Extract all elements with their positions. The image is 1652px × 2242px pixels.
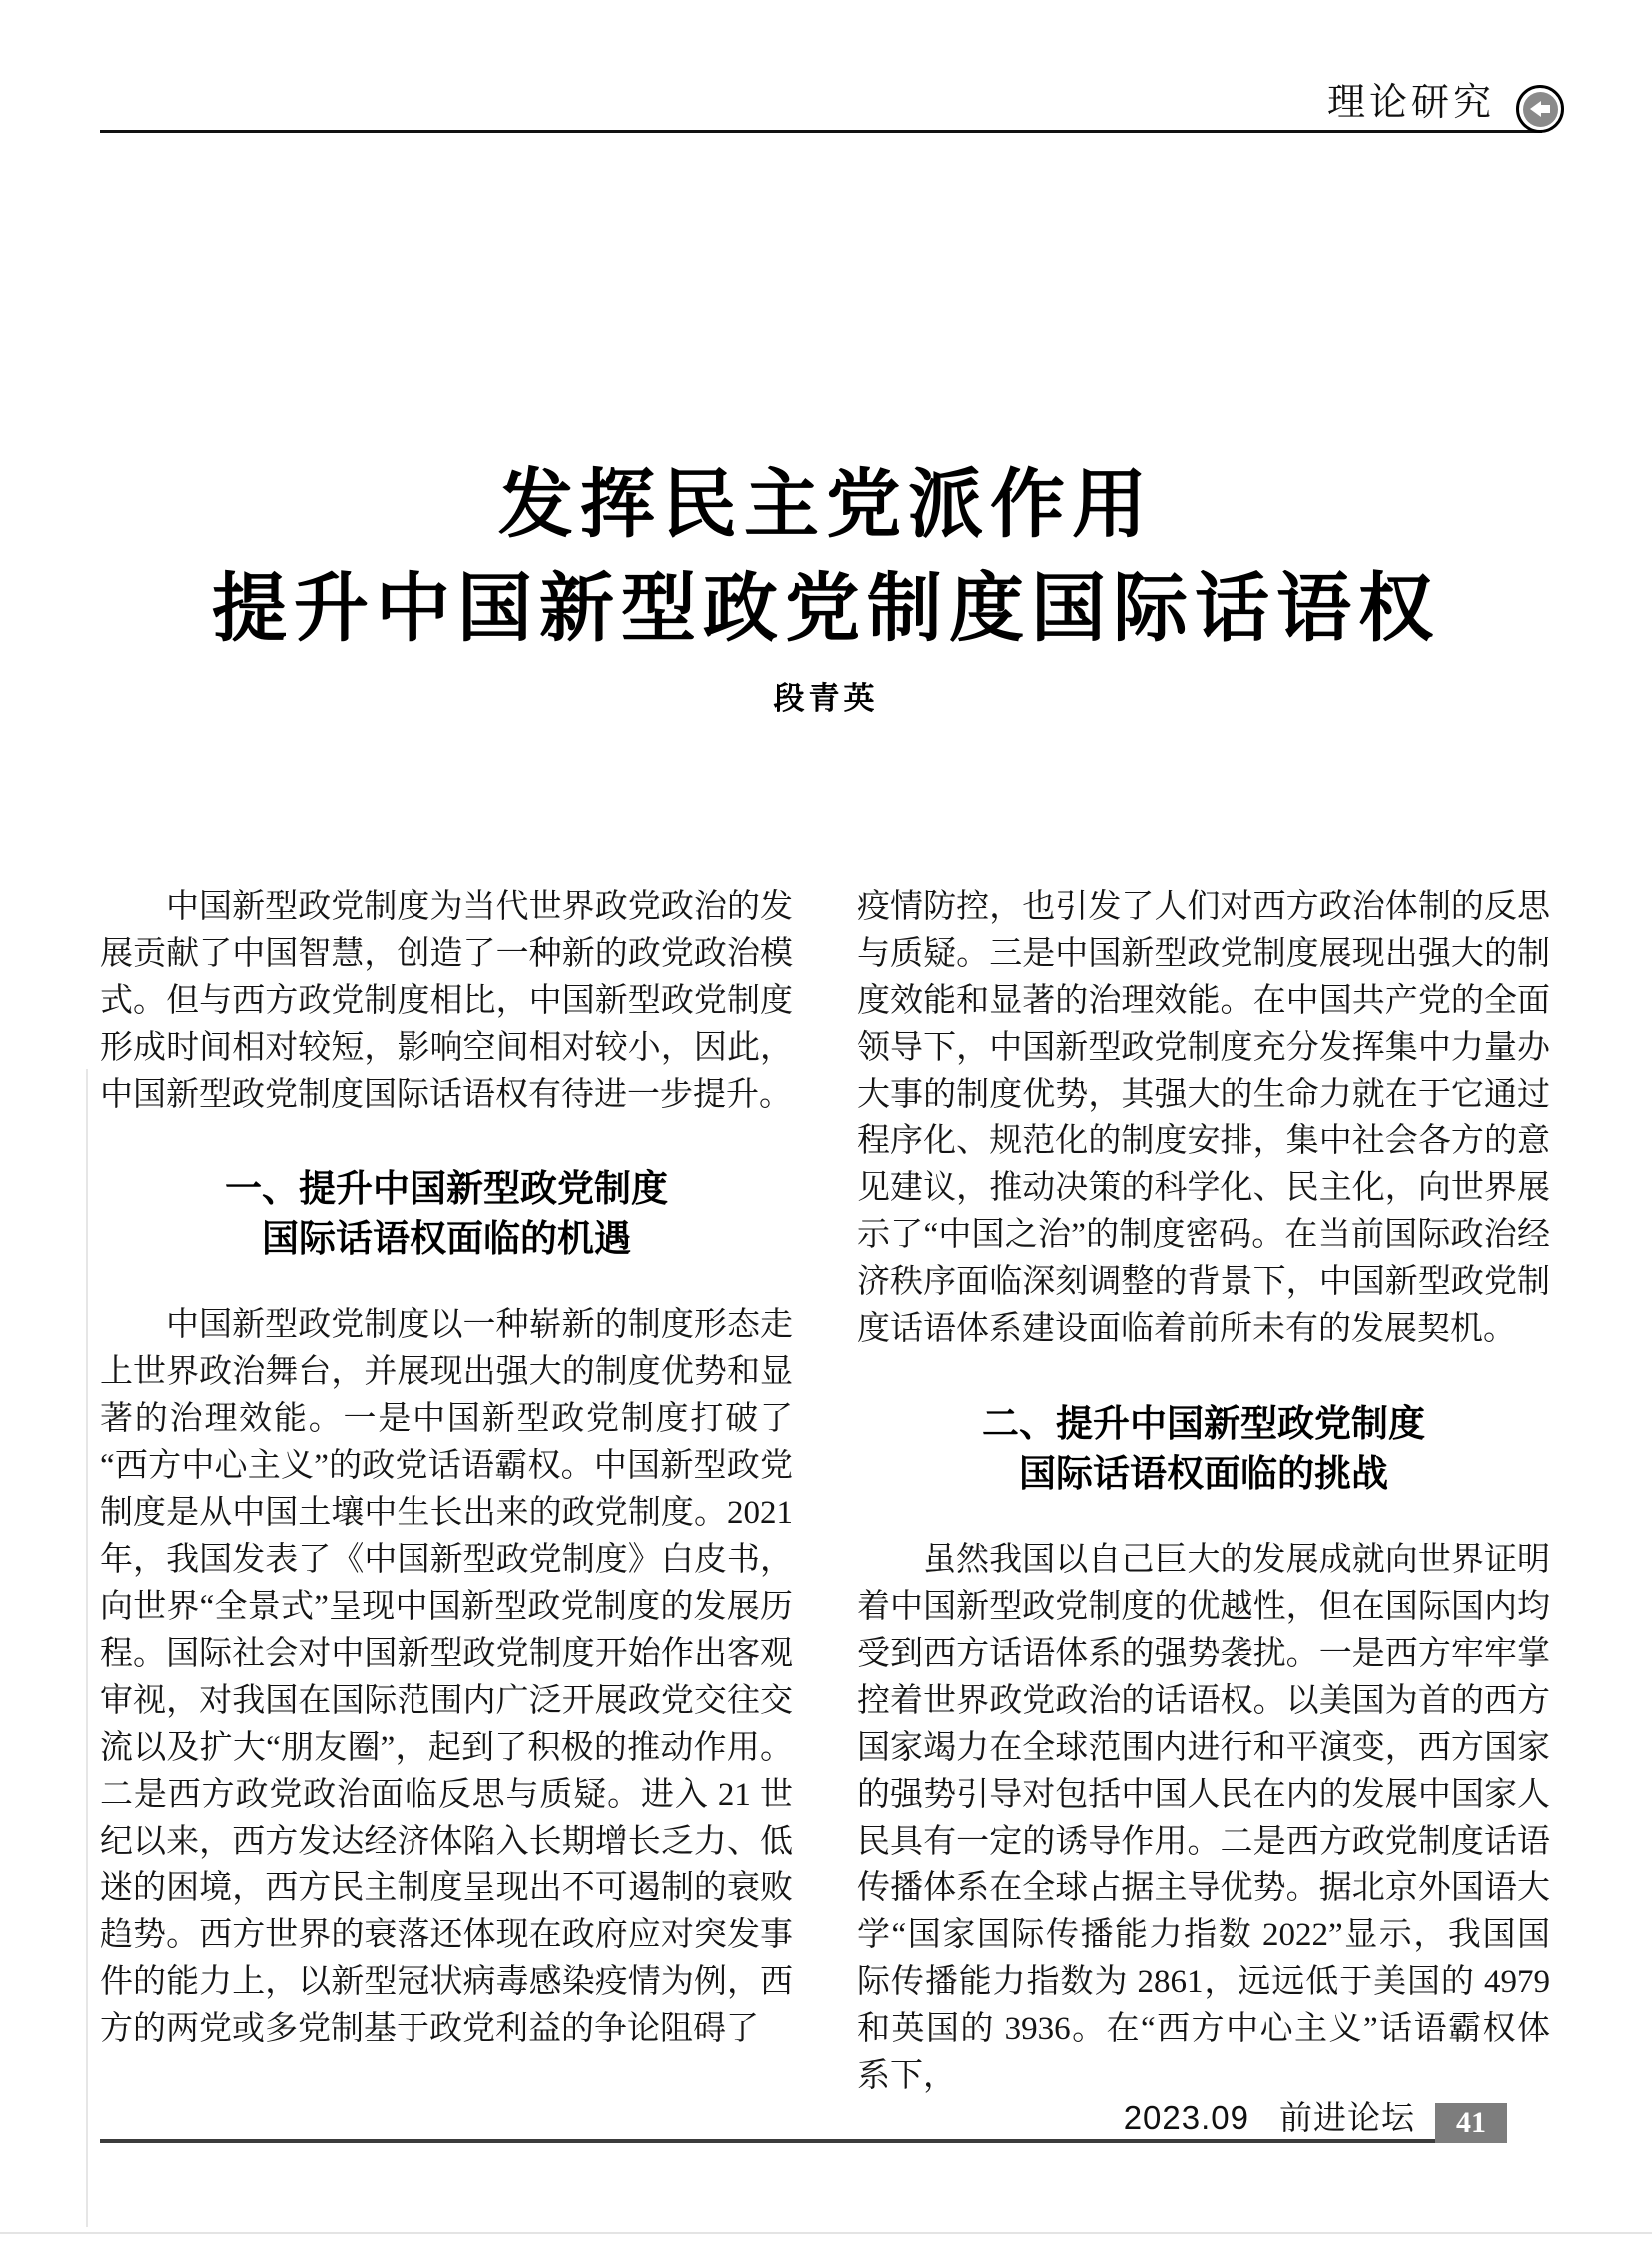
paragraph-opportunities: 中国新型政党制度以一种崭新的制度形态走上世界政治舞台，并展现出强大的制度优势和显… (100, 1302, 793, 2053)
footer-text: 2023.09 前进论坛 (1124, 2100, 1415, 2136)
journal-page: 理论研究 发挥民主党派作用 提升中国新型政党制度国际话语权 段青英 中国新型政党… (0, 0, 1652, 2242)
page-number-box: 41 (1435, 2103, 1507, 2143)
section-heading-2-line2: 国际话语权面临的挑战 (857, 1449, 1550, 1499)
footer-issue: 2023.09 (1124, 2100, 1249, 2136)
paragraph-intro: 中国新型政党制度为当代世界政党政治的发展贡献了中国智慧，创造了一种新的政党政治模… (100, 884, 793, 1119)
left-arrow-circle-inner (1523, 92, 1558, 127)
article-title-line2: 提升中国新型政党制度国际话语权 (0, 571, 1652, 646)
header-rule (100, 130, 1542, 133)
left-column: 中国新型政党制度为当代世界政党政治的发展贡献了中国智慧，创造了一种新的政党政治模… (100, 884, 793, 2100)
paragraph-opportunities-continued: 疫情防控，也引发了人们对西方政治体制的反思与质疑。三是中国新型政党制度展现出强大… (857, 884, 1550, 1353)
left-arrow-circle-icon (1516, 85, 1564, 133)
section-label: 理论研究 (1327, 84, 1495, 122)
paragraph-challenges: 虽然我国以自己巨大的发展成就向世界证明着中国新型政党制度的优越性，但在国际国内均… (857, 1537, 1550, 2100)
footer-journal-name: 前进论坛 (1279, 2100, 1415, 2136)
page-bottom-edge (0, 2232, 1652, 2234)
article-body: 中国新型政党制度为当代世界政党政治的发展贡献了中国智慧，创造了一种新的政党政治模… (100, 884, 1550, 2100)
right-column: 疫情防控，也引发了人们对西方政治体制的反思与质疑。三是中国新型政党制度展现出强大… (857, 884, 1550, 2100)
section-heading-1-line2: 国际话语权面临的机遇 (100, 1214, 793, 1264)
page-number: 41 (1456, 2108, 1486, 2138)
section-heading-1-line1: 一、提升中国新型政党制度 (100, 1164, 793, 1214)
section-heading-1: 一、提升中国新型政党制度 国际话语权面临的机遇 (100, 1164, 793, 1264)
section-heading-2: 二、提升中国新型政党制度 国际话语权面临的挑战 (857, 1399, 1550, 1499)
section-heading-2-line1: 二、提升中国新型政党制度 (857, 1399, 1550, 1449)
page-left-edge (86, 1069, 88, 2227)
left-arrow-glyph (1530, 101, 1550, 117)
article-author: 段青英 (0, 683, 1652, 714)
footer-rule (100, 2139, 1435, 2143)
article-title-line1: 发挥民主党派作用 (0, 467, 1652, 542)
